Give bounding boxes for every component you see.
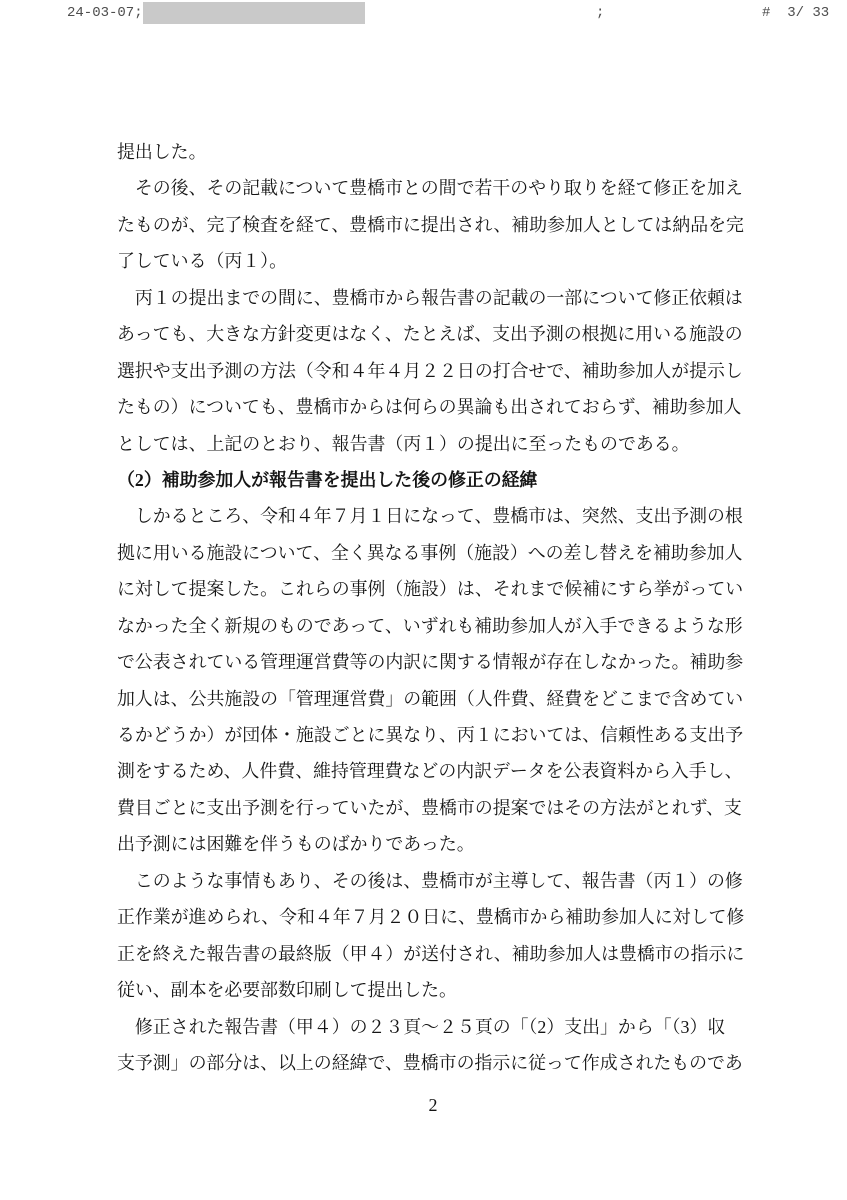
text-line: 提出した。 [117,134,749,170]
section-heading: （2）補助参加人が報告書を提出した後の修正の経緯 [117,462,749,498]
text-line: 正を終えた報告書の最終版（甲４）が送付され、補助参加人は豊橋市の指示に [117,936,749,972]
text-line: その後、その記載について豊橋市との間で若干のやり取りを経て修正を加え [117,170,749,206]
text-line: 測をするため、人件費、維持管理費などの内訳データを公表資料から入手し、 [117,753,749,789]
text-line: あっても、大きな方針変更はなく、たとえば、支出予測の根拠に用いる施設の [117,316,749,352]
text-line: たもの）についても、豊橋市からは何らの異論も出されておらず、補助参加人 [117,389,749,425]
text-line: に対して提案した。これらの事例（施設）は、それまで候補にすら挙がってい [117,571,749,607]
text-line: 選択や支出予測の方法（令和４年４月２２日の打合せで、補助参加人が提示し [117,353,749,389]
fax-separator: ; [596,5,604,21]
text-line: 拠に用いる施設について、全く異なる事例（施設）への差し替えを補助参加人 [117,535,749,571]
text-line: 支予測」の部分は、以上の経緯で、豊橋市の指示に従って作成されたものであ [117,1045,749,1081]
text-line: なかった全く新規のものであって、いずれも補助参加人が入手できるような形 [117,608,749,644]
text-line: 修正された報告書（甲４）の２３頁～２５頁の「（2）支出」から「（3）収 [117,1009,749,1045]
fax-page-indicator: # 3/ 33 [762,5,829,21]
document-body: 提出した。 その後、その記載について豊橋市との間で若干のやり取りを経て修正を加え… [117,134,749,1081]
text-line: 従い、副本を必要部数印刷して提出した。 [117,972,749,1008]
fax-document-page: 24-03-07; ; # 3/ 33 提出した。 その後、その記載について豊橋… [0,0,847,1200]
text-line: 了している（丙１）。 [117,243,749,279]
text-line: しかるところ、令和４年７月１日になって、豊橋市は、突然、支出予測の根 [117,498,749,534]
text-line: 費目ごとに支出予測を行っていたが、豊橋市の提案ではその方法がとれず、支 [117,790,749,826]
text-line: 丙１の提出までの間に、豊橋市から報告書の記載の一部について修正依頼は [117,280,749,316]
text-line: るかどうか）が団体・施設ごとに異なり、丙１においては、信頼性ある支出予 [117,717,749,753]
text-line: たものが、完了検査を経て、豊橋市に提出され、補助参加人としては納品を完 [117,207,749,243]
fax-timestamp: 24-03-07; [67,5,143,21]
text-line: 加人は、公共施設の「管理運営費」の範囲（人件費、経費をどこまで含めてい [117,681,749,717]
text-line: このような事情もあり、その後は、豊橋市が主導して、報告書（丙１）の修 [117,863,749,899]
page-number: 2 [117,1095,749,1116]
text-line: 正作業が進められ、令和４年７月２０日に、豊橋市から補助参加人に対して修 [117,899,749,935]
redaction-block [143,2,365,24]
fax-header: 24-03-07; ; # 3/ 33 [0,0,847,30]
text-line: 出予測には困難を伴うものばかりであった。 [117,826,749,862]
text-line: で公表されている管理運営費等の内訳に関する情報が存在しなかった。補助参 [117,644,749,680]
text-line: としては、上記のとおり、報告書（丙１）の提出に至ったものである。 [117,426,749,462]
